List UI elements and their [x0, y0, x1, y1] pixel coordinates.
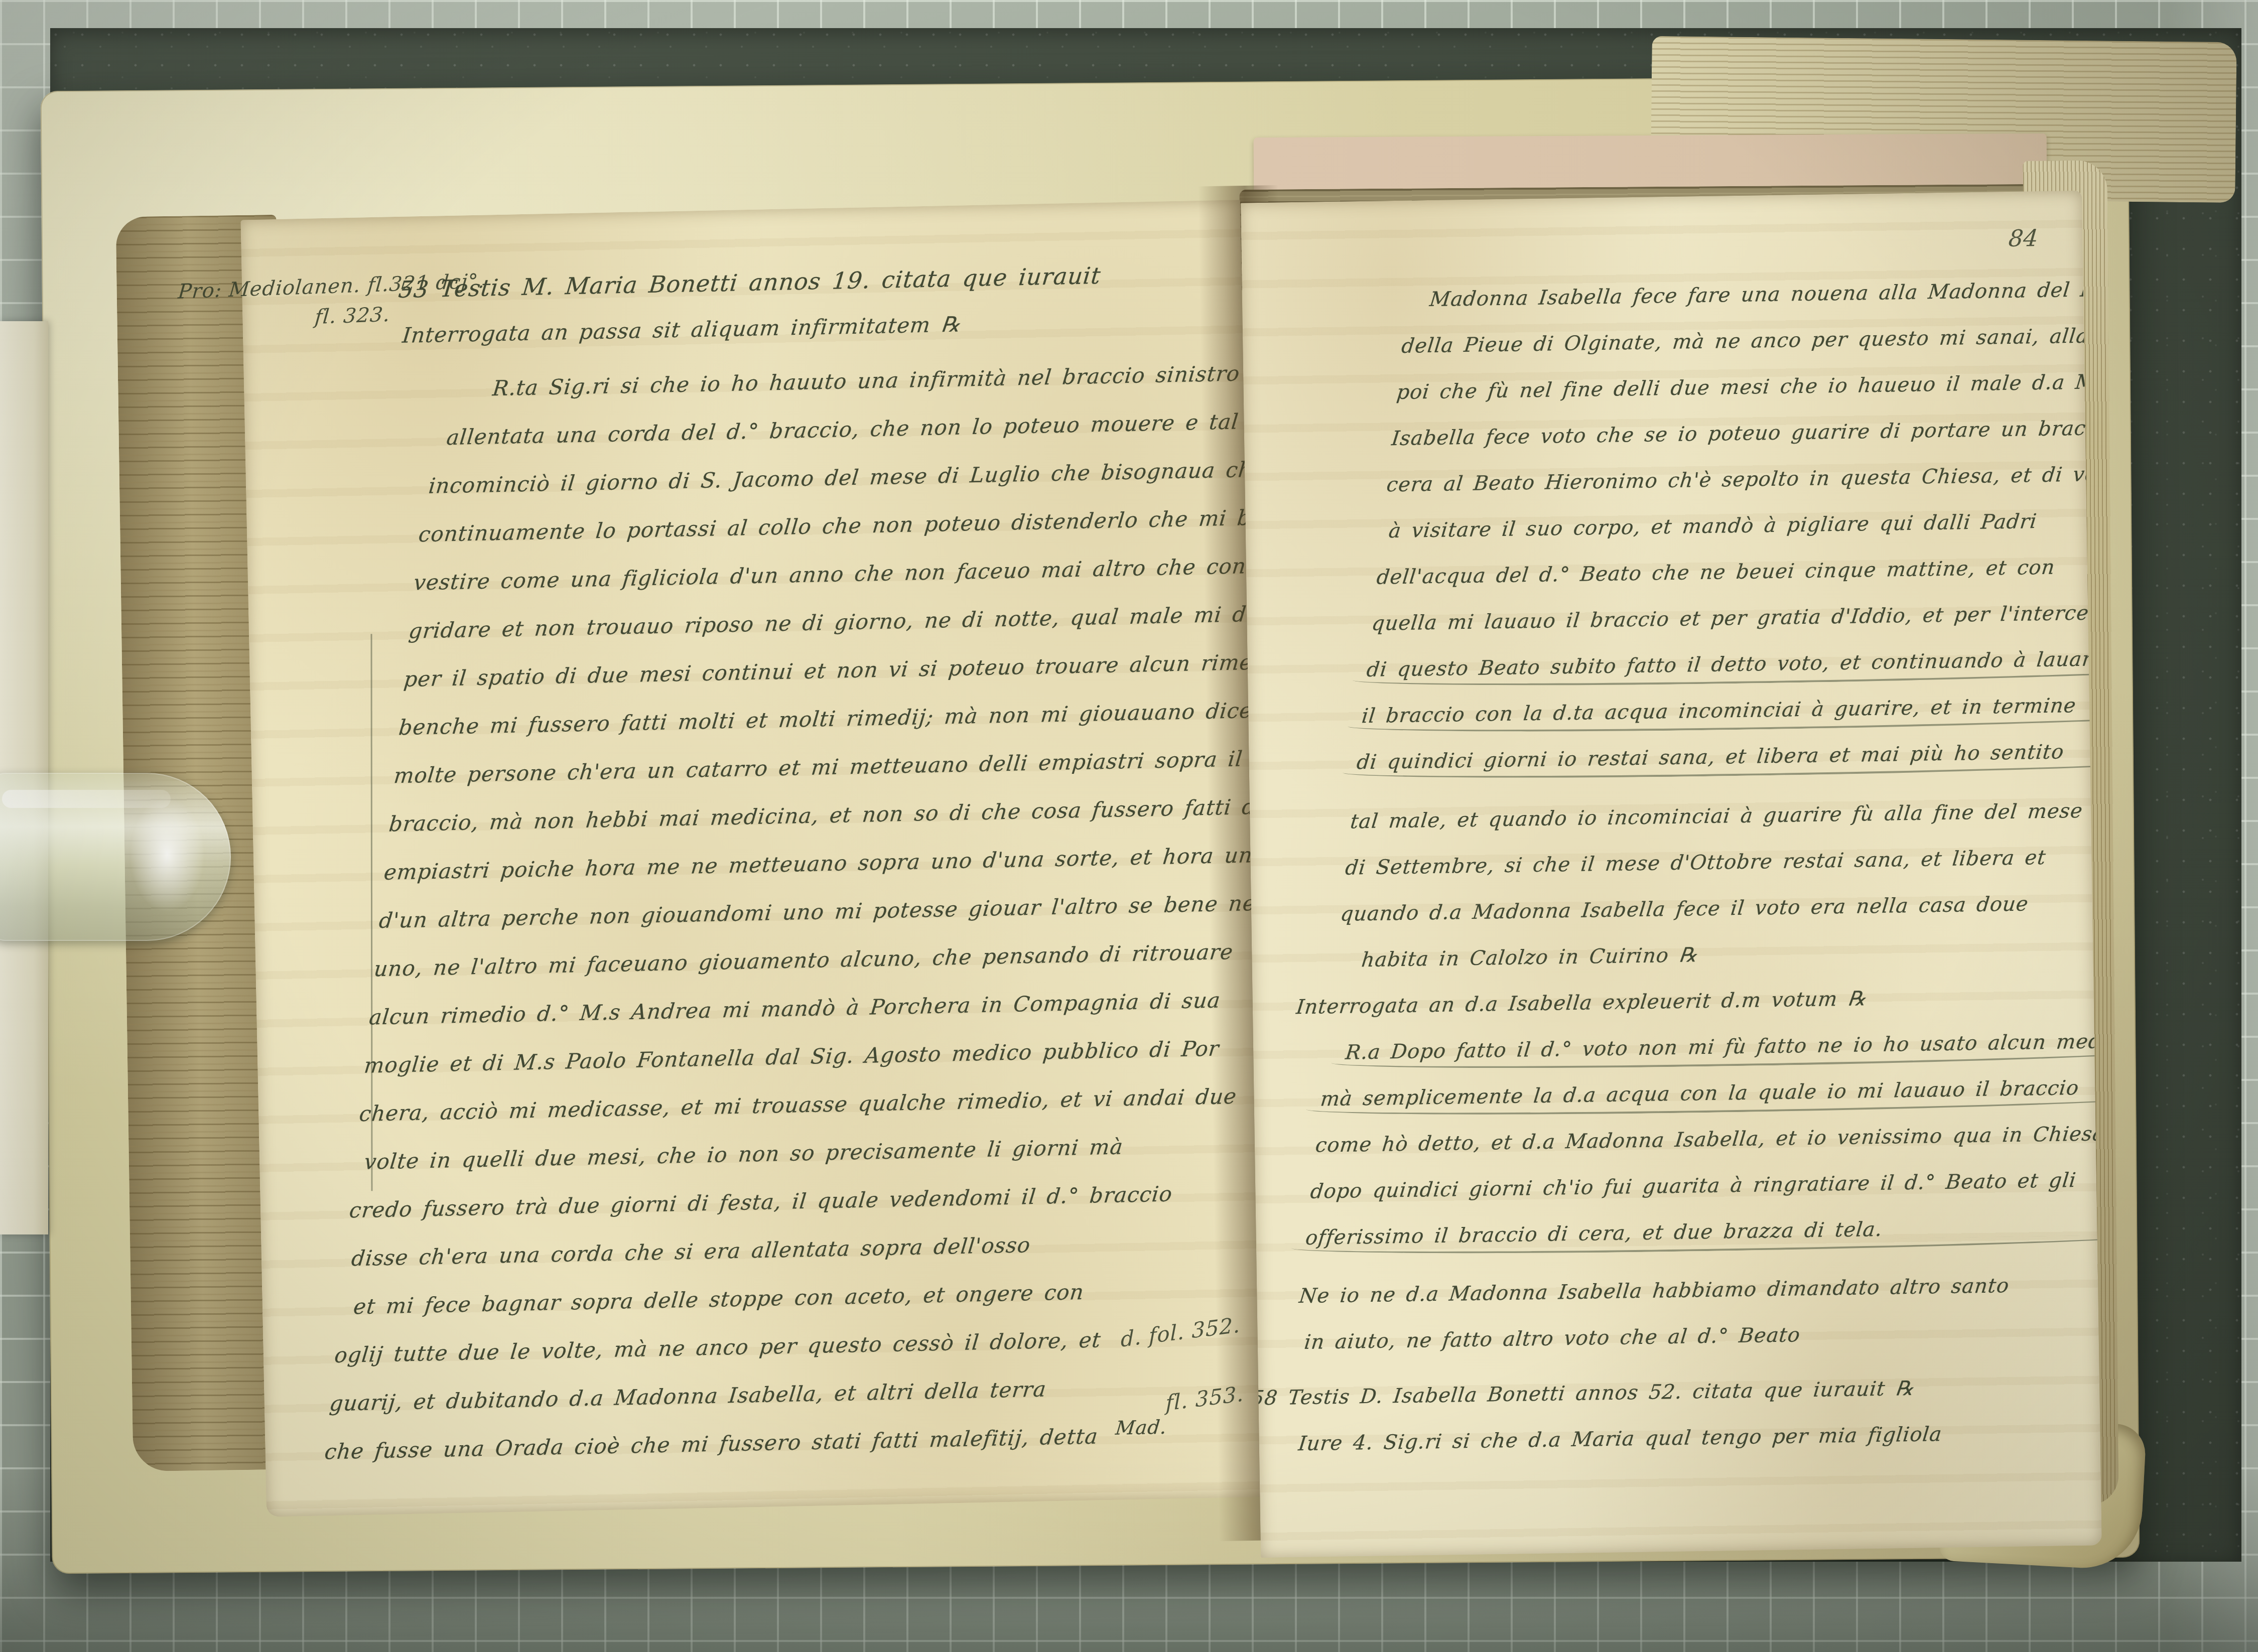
left-page: 53 Testis M. Maria Bonetti annos 19. cit… — [240, 200, 1266, 1517]
catchword: Mad. — [1115, 1416, 1168, 1439]
archival-photo: 53 Testis M. Maria Bonetti annos 19. cit… — [0, 0, 2258, 1652]
glass-rod-page-weight — [0, 773, 231, 941]
manuscript-book: 53 Testis M. Maria Bonetti annos 19. cit… — [0, 0, 2258, 1652]
left-page-subheading: Interrogata an passa sit aliquam infirmi… — [401, 312, 962, 347]
left-page-text: R.ta Sig.ri si che io ho hauuto una infi… — [322, 347, 1266, 1476]
margin-note: Pro: Mediolanen. fl.321 dcj°. fl. 323. — [175, 269, 486, 334]
right-page: 84 Madonna Isabella fece fare una nouena… — [1241, 191, 2102, 1558]
right-page-text: Madonna Isabella fece fare una nouena al… — [1281, 264, 2102, 1467]
left-page-heading: 53 Testis M. Maria Bonetti annos 19. cit… — [397, 262, 1102, 303]
folio-number: 84 — [2008, 224, 2039, 252]
